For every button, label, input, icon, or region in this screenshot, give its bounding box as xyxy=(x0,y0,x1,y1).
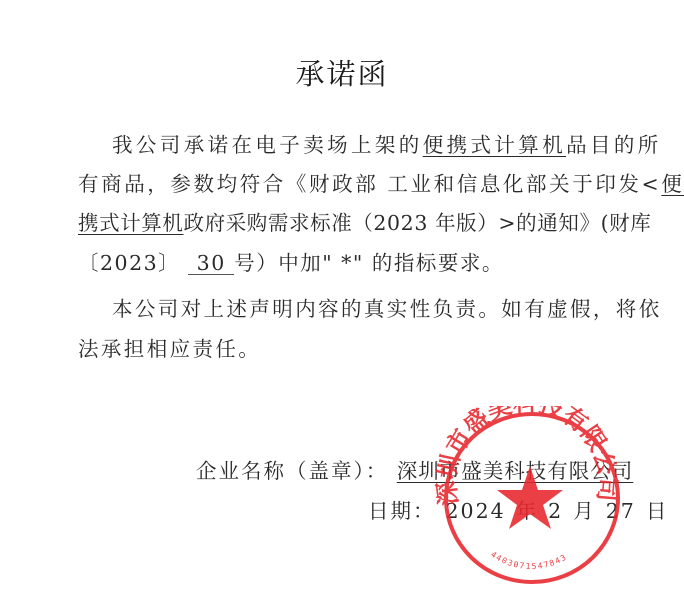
signature-label: 企业名称（盖章）： xyxy=(196,459,388,483)
document-number-blank: 30 xyxy=(188,252,234,275)
text: 政府采购需求标准（2023 年版）>的通知》(财库 xyxy=(184,211,652,235)
stamp-text: 深圳市盛美科技有限公司 xyxy=(431,406,622,507)
signature-line: 企业名称（盖章）： 深圳市盛美科技有限公司 xyxy=(196,458,633,484)
document-title: 承诺函 xyxy=(0,52,684,93)
paragraph1-line4: 〔2023〕 30号）中加" *" 的指标要求。 xyxy=(78,250,618,276)
text: 我公司承诺在电子卖场上架的 xyxy=(112,133,423,157)
date-year: 2024 xyxy=(446,499,506,523)
text: 号）中加" *" 的指标要求。 xyxy=(234,251,504,275)
svg-text:4403071547843: 4403071547843 xyxy=(489,550,569,571)
underlined-text: 便 xyxy=(661,172,684,196)
text: 有商品，参数均符合《财政部 工业和信息化部关于印发< xyxy=(78,172,661,196)
stamp-number: 4403071547843 xyxy=(489,550,569,571)
paragraph2-line2: 法承担相应责任。 xyxy=(78,336,618,362)
paragraph1-line1: 我公司承诺在电子卖场上架的便携式计算机品目的所 xyxy=(112,132,652,158)
date-line: 日期：2024年2月27日 xyxy=(368,498,668,524)
text: 品目的所 xyxy=(566,133,662,157)
date-month-unit: 月 xyxy=(573,499,596,523)
company-seal-stamp-icon: 深圳市盛美科技有限公司 4403071547843 xyxy=(430,406,630,586)
date-label: 日期： xyxy=(368,499,436,523)
paragraph1-line2: 有商品，参数均符合《财政部 工业和信息化部关于印发<便 xyxy=(78,171,618,197)
date-month: 2 xyxy=(548,499,563,523)
company-name: 深圳市盛美科技有限公司 xyxy=(397,459,634,483)
text: 〔2023〕 xyxy=(78,251,180,275)
date-day: 27 xyxy=(606,499,636,523)
paragraph2-line1: 本公司对上述声明内容的真实性负责。如有虚假，将依 xyxy=(112,296,652,322)
underlined-text: 携式计算机 xyxy=(78,211,184,235)
date-year-unit: 年 xyxy=(516,499,539,523)
paragraph1-line3: 携式计算机政府采购需求标准（2023 年版）>的通知》(财库 xyxy=(78,210,618,236)
date-day-unit: 日 xyxy=(646,499,669,523)
svg-text:深圳市盛美科技有限公司: 深圳市盛美科技有限公司 xyxy=(431,406,622,507)
underlined-product-category: 便携式计算机 xyxy=(423,133,566,157)
